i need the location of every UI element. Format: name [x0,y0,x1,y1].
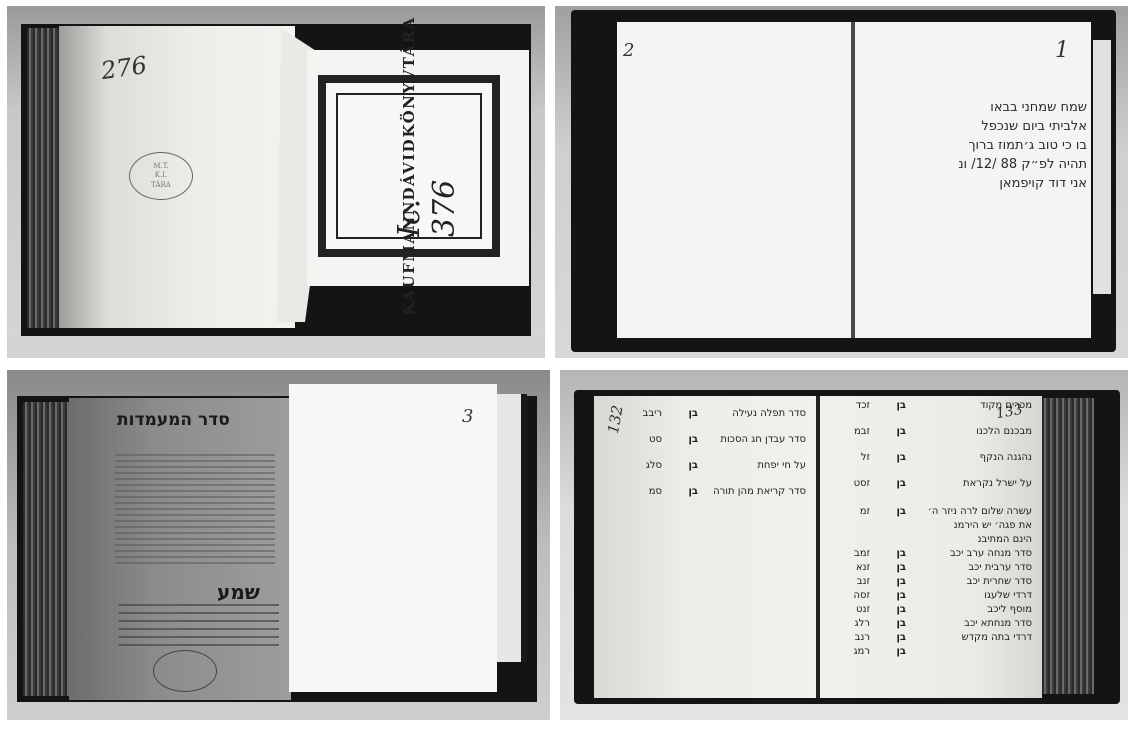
toc-entry-marker: בן [870,632,906,643]
bookplate-shelfmark: Ic. 376 [392,135,462,237]
photo-table-of-contents: 132 133 סדר תפלה נעילהבןריבבסדר עבדן חג … [560,370,1128,720]
toc-entry-title [906,646,1032,657]
toc-entry: נהגנה הנקףבןזל [836,452,1032,463]
printed-text-lines [119,604,279,648]
toc-entry-title: עשרה שלום לרה ניזר ה׳ [906,506,1032,517]
toc-entry-ref: זנב [836,576,870,587]
toc-entry: מכרים מקודבןזכד [836,400,1032,411]
toc-entry-ref: רמג [836,646,870,657]
toc-entry-title: סדר מנחתא יכב [906,618,1032,629]
toc-entry-ref: זסה [836,590,870,601]
toc-entry: דרדי בתה מקדשבןרנב [836,632,1032,643]
toc-entry-ref: סלג [628,460,662,471]
toc-entry: דרדי שלעגובןזסה [836,590,1032,601]
toc-entry: עשרה שלום לרה ניזר ה׳בןזמ [836,506,1032,517]
toc-entry: סדר מנחה ערב יכבבןזמב [836,548,1032,559]
ownership-inscription: שמח שמחני בבאו אלביתי ביום שנכפל בו כי ט… [873,98,1087,193]
bookplate: KAUFMANN DÁVID KÖNYVTÁRA Ic. 376 [319,76,499,256]
page-number-right: 1 [1055,38,1069,63]
toc-entry-marker: בן [870,590,906,601]
toc-entry: הינם המתיבנ [836,534,1032,545]
toc-entry-ref: רנב [836,632,870,643]
toc-entry-ref: ריבב [628,408,662,419]
toc-entry-title: נהגנה הנקף [906,452,1032,463]
toc-entry-ref: זנא [836,562,870,573]
toc-entry-marker: בן [870,576,906,587]
toc-entry-marker: בן [870,426,906,437]
toc-entry-ref: זנט [836,604,870,615]
toc-entry-marker: בן [870,452,906,463]
title-heading: סדר המעמדות [117,410,283,430]
toc-entry-title: סדר שחרית יכב [906,576,1032,587]
toc-entry-title: סדר ערבית יכב [906,562,1032,573]
page-edges [23,402,71,696]
toc-entry: סדר תפלה נעילהבןריבב [628,408,806,419]
toc-entry-ref: רלג [836,618,870,629]
toc-entry-marker: בן [870,618,906,629]
toc-entry-marker: בן [662,486,698,497]
toc-entry: סדר ערבית יכבבןזנא [836,562,1032,573]
toc-entry-marker: בן [870,400,906,411]
toc-entry-ref: זכד [836,400,870,411]
toc-entry-title: סדר עבדן חג הסכות [698,434,806,445]
toc-entry-marker: בן [870,604,906,615]
toc-entry-ref: זמב [836,548,870,559]
page-edges [1042,398,1094,694]
toc-entry-ref: זל [836,452,870,463]
toc-entry-title: סדר קריאת מהן תורה [698,486,806,497]
page-edge-strip [1093,40,1111,294]
photo-flyleaves-inscription: 2 1 שמח שמחני בבאו אלביתי ביום שנכפל בו … [555,6,1128,358]
blank-leaf [289,384,497,692]
toc-entry: סדר שחרית יכבבןזנב [836,576,1032,587]
toc-entry-title: על ישרל נקראת [906,478,1032,489]
toc-entry-ref: סמ [628,486,662,497]
toc-entry-title: הינם המתיבנ [906,534,1032,545]
toc-entry: את פגה׳ יש הירמנ [836,520,1032,531]
toc-entry: מבכנם הלכנובןזבמ [836,426,1032,437]
library-stamp [153,650,217,692]
toc-entry-marker: בן [870,548,906,559]
toc-entry-title: מוסף ליכב [906,604,1032,615]
toc-entry-title: על חי יפחת [698,460,806,471]
toc-entry-marker: בן [662,434,698,445]
toc-entry-title: סדר תפלה נעילה [698,408,806,419]
left-flyleaf [617,22,853,338]
toc-entry-title: מבכנם הלכנו [906,426,1032,437]
photo-inside-front-cover: 276 M.T. K.I. TÁRA KAUFMANN DÁVID KÖNYVT… [7,6,545,358]
toc-entry-title: מכרים מקוד [906,400,1032,411]
page-edges [27,28,61,328]
toc-entry-title: דרדי שלעגו [906,590,1032,601]
page-number-left: 2 [623,40,634,61]
toc-entry-ref: זמ [836,506,870,517]
toc-entry-title: דרדי בתה מקדש [906,632,1032,643]
toc-entry: סדר קריאת מהן תורהבןסמ [628,486,806,497]
library-stamp: M.T. K.I. TÁRA [129,152,193,200]
toc-entry: מוסף ליכבבןזנט [836,604,1032,615]
toc-entry: סדר עבדן חג הסכותבןסט [628,434,806,445]
toc-entry: סדר מנחתא יכבבןרלג [836,618,1032,629]
toc-entry-marker [870,534,906,545]
shema-heading: שמע [217,580,260,604]
toc-entry: בןרמג [836,646,1032,657]
loose-leaves [497,394,527,662]
toc-entry-marker: בן [662,408,698,419]
toc-entry-title: את פגה׳ יש הירמנ [906,520,1032,531]
photo-table-surface [7,336,545,358]
toc-entry-marker: בן [870,562,906,573]
toc-entry-title: סדר מנחה ערב יכב [906,548,1032,559]
toc-entry: על חי יפחתבןסלג [628,460,806,471]
toc-entry-ref: זבמ [836,426,870,437]
toc-entry-marker [870,520,906,531]
toc-entry: על ישרל נקראתבןזסט [836,478,1032,489]
photo-title-page: סדר המעמדות שמע 3 [7,370,550,720]
toc-entry-marker: בן [870,478,906,489]
printed-text-block [115,454,275,566]
page-number: 3 [462,406,473,427]
toc-entry-ref: זסט [836,478,870,489]
toc-entry-marker: בן [662,460,698,471]
toc-entry-ref: סט [628,434,662,445]
toc-entry-ref [836,534,870,545]
toc-entry-ref [836,520,870,531]
toc-entry-marker: בן [870,506,906,517]
toc-entry-marker: בן [870,646,906,657]
